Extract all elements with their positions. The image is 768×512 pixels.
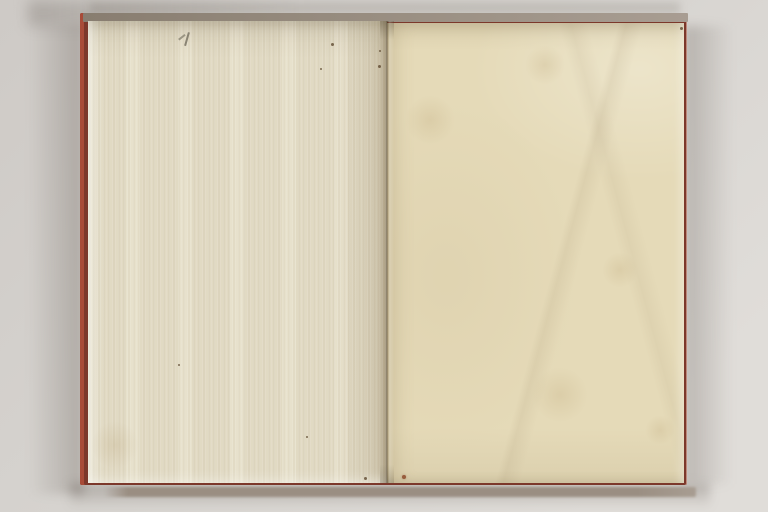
speck-dark-mark bbox=[178, 364, 180, 366]
open-book bbox=[80, 12, 690, 490]
speck-dark-mark bbox=[680, 27, 683, 30]
cast-shadow-left bbox=[32, 24, 84, 494]
speck-dark-mark bbox=[320, 68, 322, 70]
cast-shadow-right bbox=[684, 26, 732, 484]
left-blank-page bbox=[88, 21, 387, 483]
stain-mark bbox=[405, 95, 455, 145]
speck-dark-mark bbox=[306, 436, 308, 438]
stain-mark bbox=[602, 252, 638, 288]
speck-dark-mark bbox=[379, 50, 381, 52]
speck-dark-mark bbox=[331, 43, 334, 46]
stain-mark bbox=[645, 415, 675, 445]
speck-dark-mark bbox=[378, 65, 381, 68]
pencil-mark bbox=[178, 32, 194, 46]
stain-mark bbox=[525, 45, 565, 85]
stain-mark bbox=[532, 367, 588, 423]
photo-stage bbox=[0, 0, 768, 512]
right-blank-page bbox=[387, 23, 684, 483]
stain-mark bbox=[91, 421, 139, 469]
speck-dark-mark bbox=[364, 477, 367, 480]
speck-red-mark bbox=[402, 475, 406, 479]
